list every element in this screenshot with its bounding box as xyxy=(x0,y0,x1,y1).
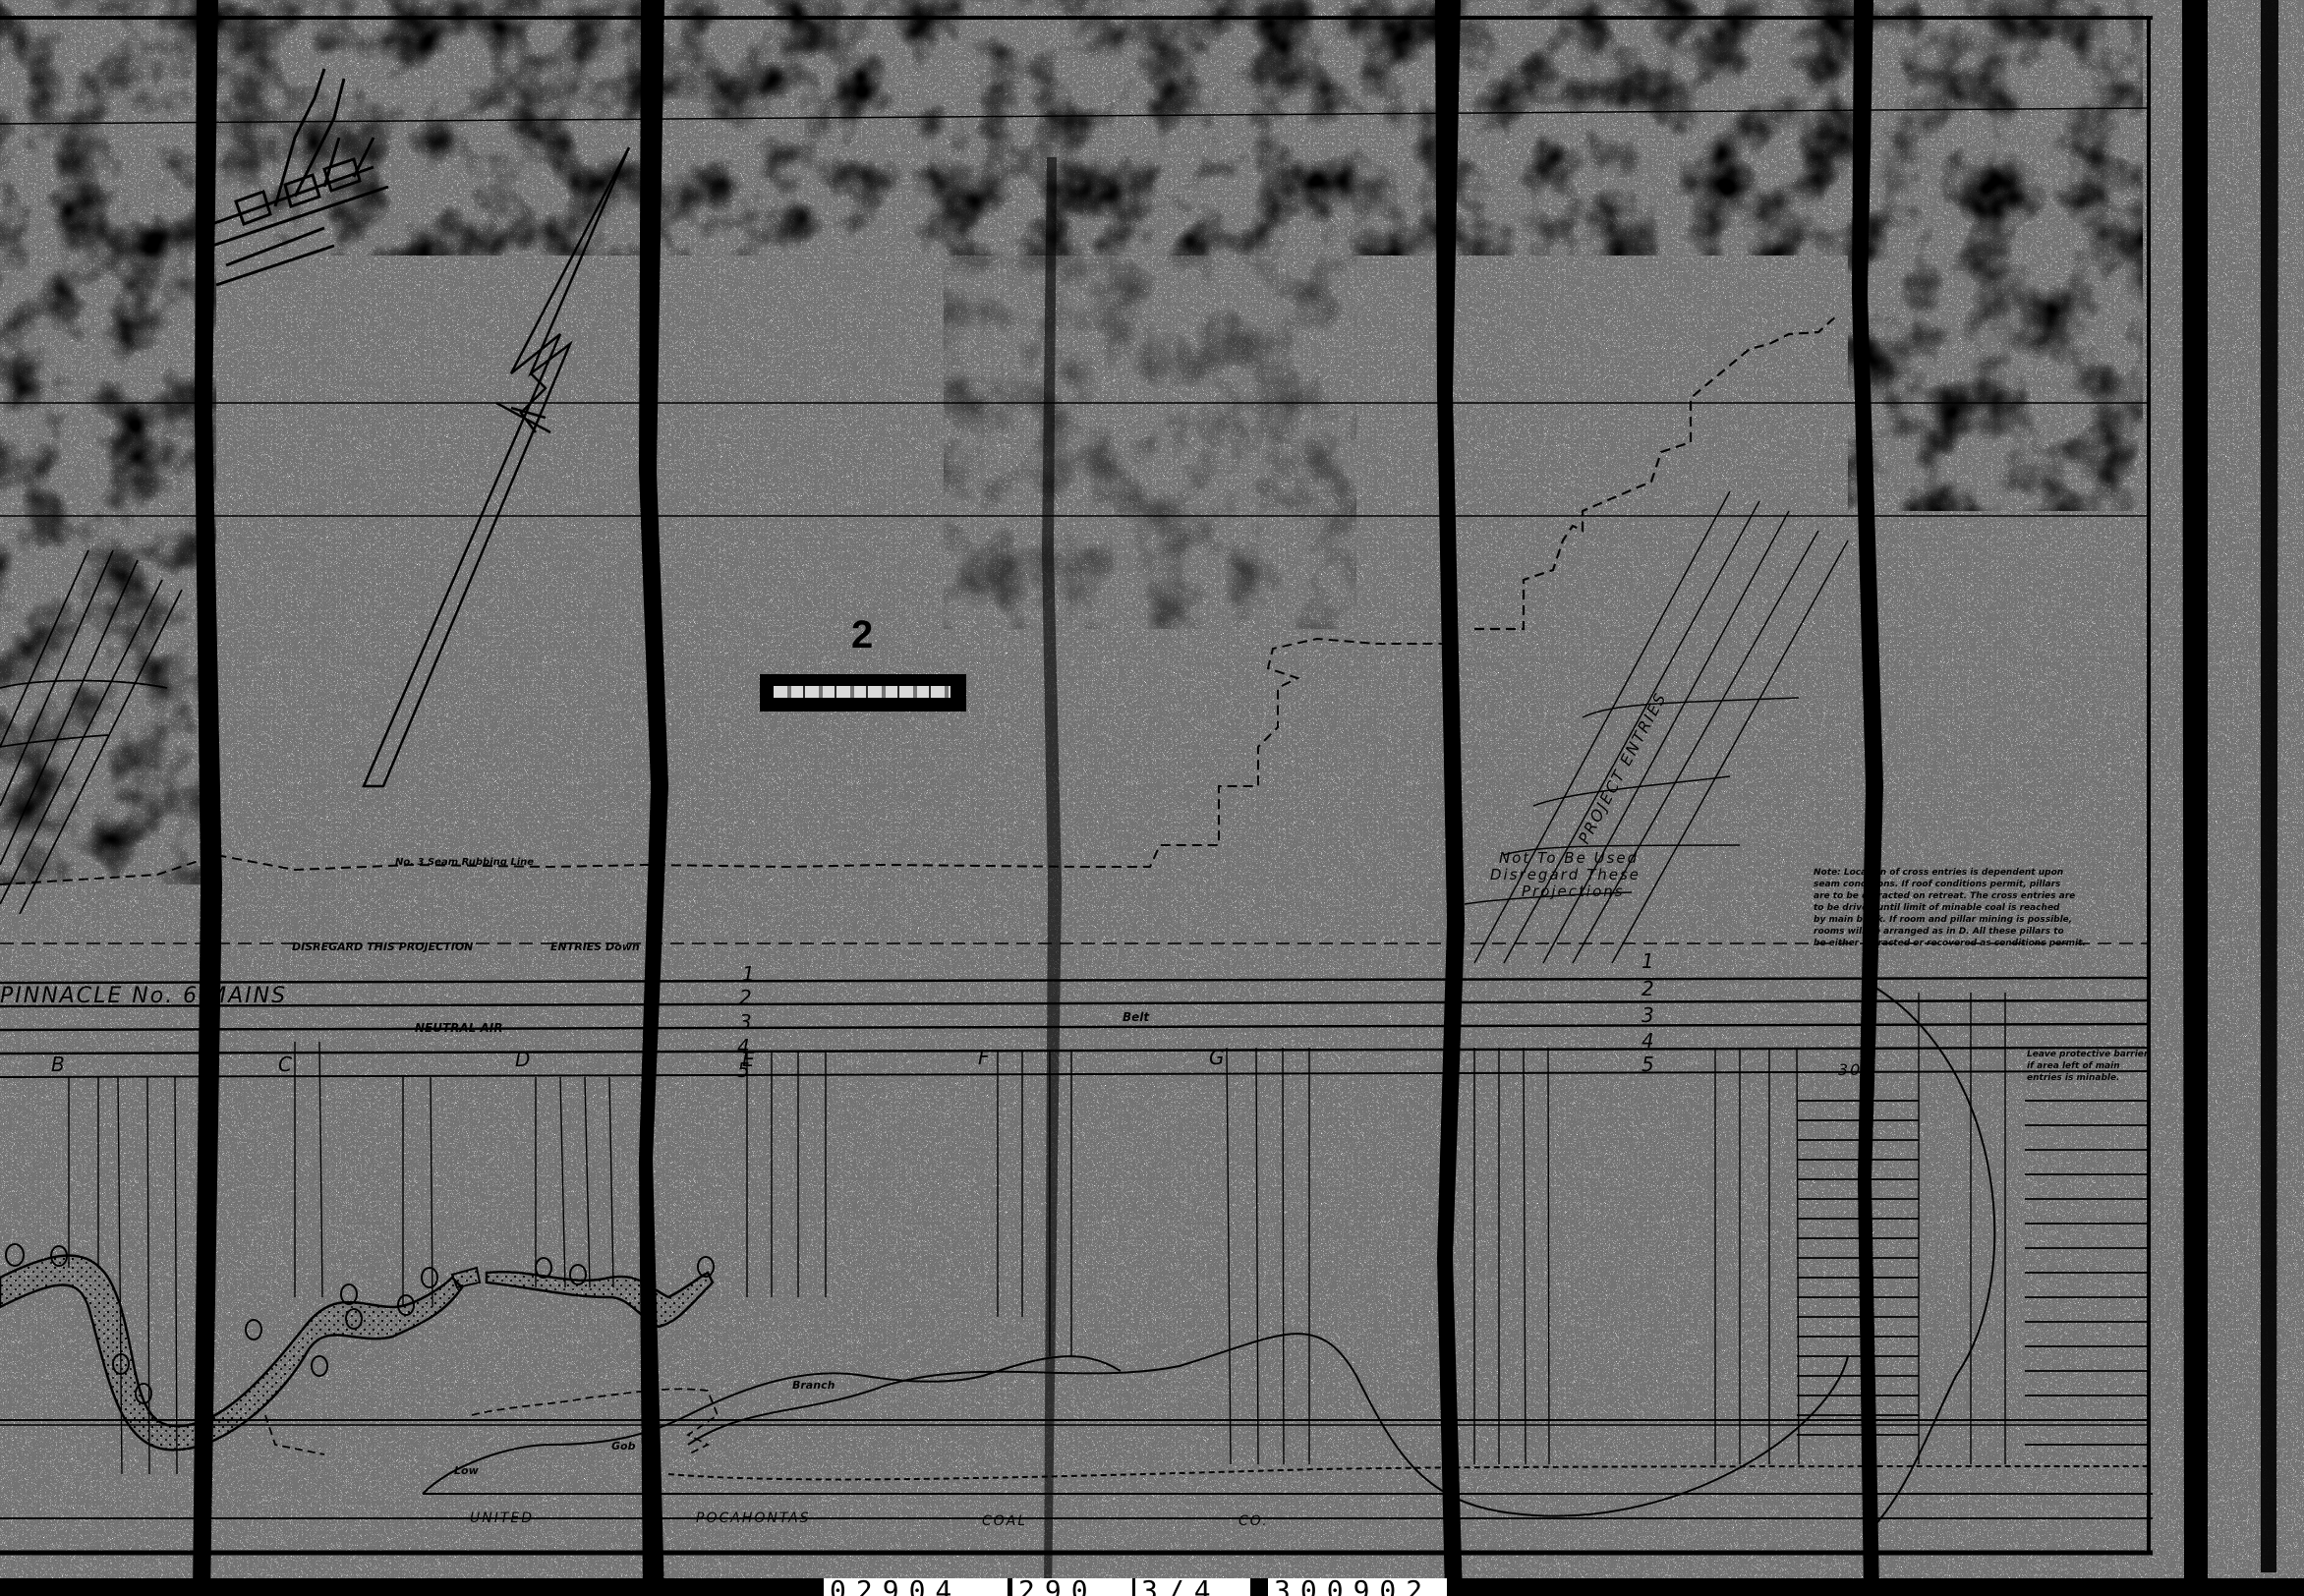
mains-label: PINNACLE No. 6 MAINS xyxy=(0,984,287,1008)
svg-text:COAL: COAL xyxy=(982,1513,1027,1529)
svg-text:be either extracted or recover: be either extracted or recovered as cond… xyxy=(1814,939,2086,948)
svg-text:seam conditions. If roof condi: seam conditions. If roof conditions perm… xyxy=(1814,880,2061,889)
svg-text:rooms will be arranged as in D: rooms will be arranged as in D. All thes… xyxy=(1814,927,2064,937)
svg-text:5: 5 xyxy=(1642,1053,1656,1076)
svg-text:4: 4 xyxy=(1642,1029,1656,1053)
svg-text:POCAHONTAS: POCAHONTAS xyxy=(696,1510,811,1526)
svg-text:Disregard These: Disregard These xyxy=(1490,866,1641,883)
disregard-projection-label: DISREGARD THIS PROJECTION xyxy=(292,940,473,953)
svg-text:F: F xyxy=(978,1046,992,1069)
svg-text:CO.: CO. xyxy=(1238,1513,1269,1529)
svg-text:Not To Be Used: Not To Be Used xyxy=(1499,849,1639,867)
svg-text:by main block. If room and pil: by main block. If room and pillar mining… xyxy=(1814,915,2072,925)
svg-text:Gob: Gob xyxy=(611,1440,636,1453)
svg-text:1: 1 xyxy=(1642,949,1656,973)
svg-text:1: 1 xyxy=(742,962,757,986)
mine-map-sheet: 1 2 3 4 5 1 2 3 4 5 B C D E F G PINNACLE… xyxy=(0,0,2304,1596)
neutral-air-label: NEUTRAL AIR xyxy=(415,1021,503,1035)
svg-text:3: 3 xyxy=(739,1010,754,1034)
svg-text:to be driven until limit of mi: to be driven until limit of minable coal… xyxy=(1814,903,2060,913)
svg-text:Low: Low xyxy=(454,1464,480,1477)
svg-text:Branch: Branch xyxy=(792,1379,835,1392)
rubbing-line-label: No. 3 Seam Rubbing Line xyxy=(395,857,534,868)
entry-dimension-30: 30 xyxy=(1838,1060,1862,1079)
entries-down-label: ENTRIES Down xyxy=(550,940,640,953)
cross-entries-note: Note: Location of cross entries is depen… xyxy=(1814,868,2086,948)
svg-text:3: 3 xyxy=(1642,1003,1656,1027)
svg-text:if area left of main: if area left of main xyxy=(2027,1061,2120,1071)
svg-text:are to be extracted on retreat: are to be extracted on retreat. The cros… xyxy=(1814,891,2075,901)
grain-texture xyxy=(0,0,2304,1596)
entry-number-labels-right: 1 2 3 4 5 xyxy=(1642,949,1656,1076)
svg-text:UNITED: UNITED xyxy=(470,1510,534,1526)
svg-text:C: C xyxy=(278,1053,294,1076)
svg-text:D: D xyxy=(515,1048,532,1071)
svg-text:Note: Location of cross entrie: Note: Location of cross entries is depen… xyxy=(1814,868,2063,878)
svg-text:Projections: Projections xyxy=(1522,883,1625,900)
svg-text:E: E xyxy=(742,1048,757,1071)
svg-text:G: G xyxy=(1209,1046,1227,1069)
svg-text:Leave protective barrier: Leave protective barrier xyxy=(2027,1050,2149,1059)
svg-text:B: B xyxy=(51,1053,67,1076)
svg-text:2: 2 xyxy=(1642,977,1656,1000)
svg-text:entries is minable.: entries is minable. xyxy=(2027,1073,2120,1083)
belt-label: Belt xyxy=(1123,1010,1150,1024)
svg-text:2: 2 xyxy=(739,986,754,1009)
